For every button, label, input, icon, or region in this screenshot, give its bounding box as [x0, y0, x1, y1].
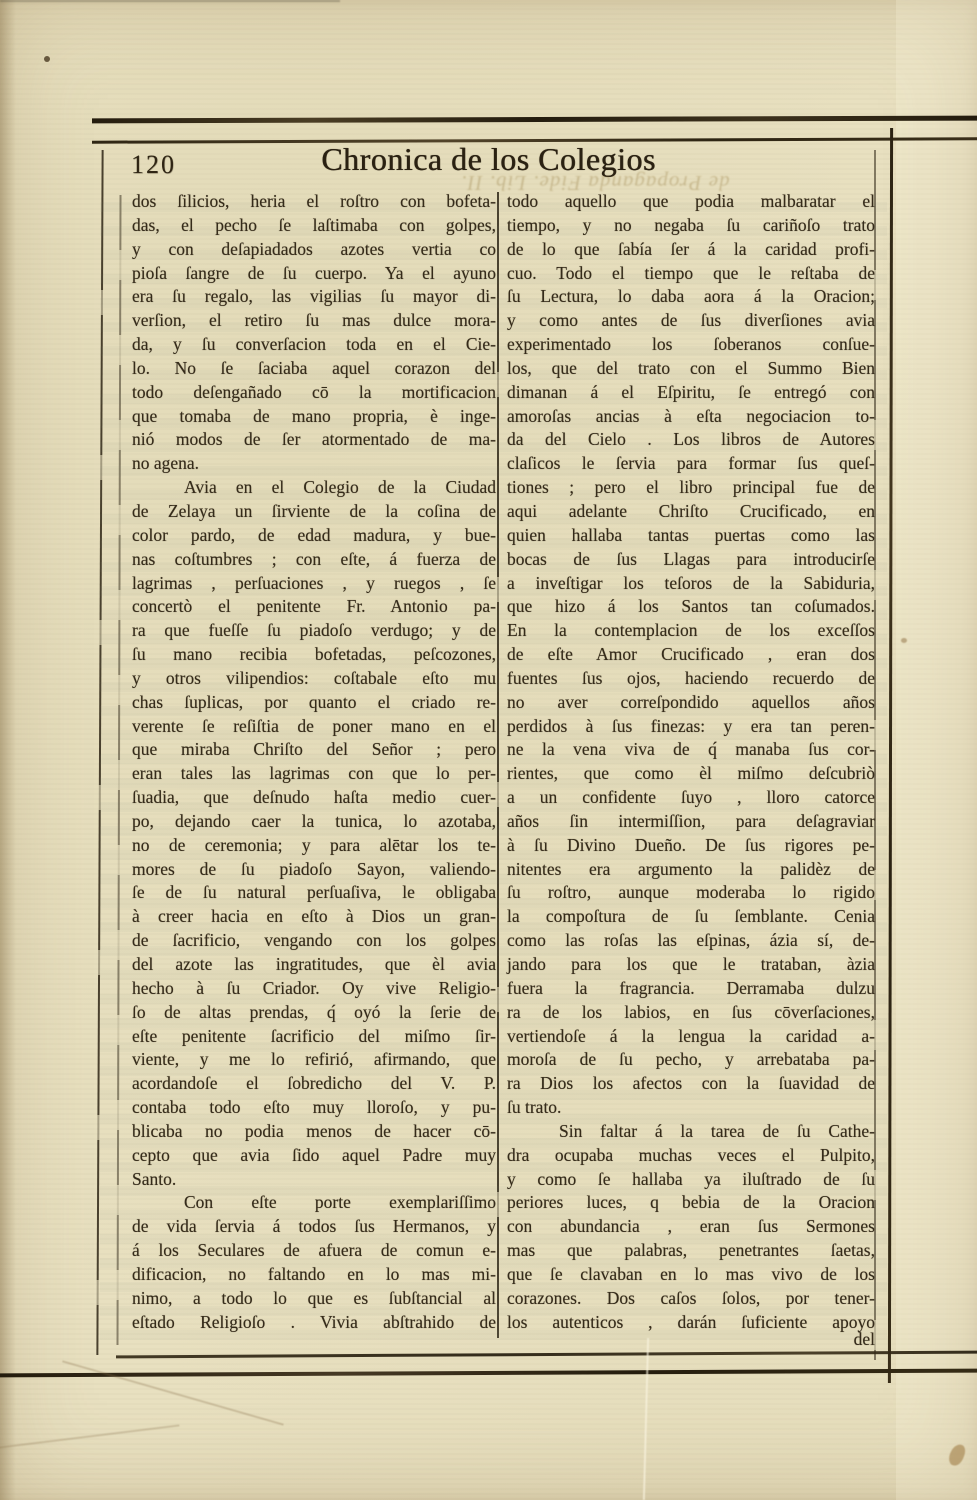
text-line: eſte penitente ſacrificio del miſmo ſir-	[132, 1025, 496, 1049]
text-line: y otros vilipendios: coſtabale eſto mu	[132, 667, 496, 691]
text-line: ſo de altas prendas, q́ oyó la ſerie de	[132, 1001, 496, 1025]
text-line: contaba todo eſto muy lloroſo, y pu-	[132, 1096, 496, 1120]
text-line: con abundancia , eran ſus Sermones	[507, 1215, 875, 1239]
text-line: de vida ſervia á todos ſus Hermanos, y	[132, 1215, 496, 1239]
text-line: de eſte Amor Crucificado , eran dos	[507, 643, 875, 667]
paper-crease-diagonal	[62, 1360, 284, 1425]
text-line: todo aquello que podia malbaratar el	[507, 190, 875, 214]
text-line: a inveſtigar los teſoros de la Sabiduria…	[507, 572, 875, 596]
text-line: cuo. Todo el tiempo que le reſtaba de	[507, 262, 875, 286]
text-line: eran tales las lagrimas con que lo per-	[132, 762, 496, 786]
text-line: dos ſilicios, heria el roſtro con bofeta…	[132, 190, 496, 214]
text-line: á los Seculares de afuera de comun e-	[132, 1239, 496, 1263]
catchword: del	[507, 1329, 881, 1350]
text-line: que ſe clavaban en lo mas vivo de los	[507, 1263, 875, 1287]
text-line: da, y ſu converſacion toda en el Cie-	[132, 333, 496, 357]
paragraph: Sin faltar á la tarea de ſu Cathe-dra oc…	[507, 1120, 875, 1335]
text-line: ſu mano recibia bofetadas, peſcozones,	[132, 643, 496, 667]
text-line: verente ſe reſiſtia de poner mano en el	[132, 715, 496, 739]
text-line: lo. No ſe ſaciaba aquel corazon del	[132, 357, 496, 381]
text-line: como las roſas las eſpinas, ázia sí, de-	[507, 929, 875, 953]
bottom-rule-remnant	[0, 0, 340, 2]
text-line: da del Cielo . Los libros de Autores	[507, 428, 875, 452]
text-line: mas que palabras, penetrantes ſaetas,	[507, 1239, 875, 1263]
text-line: todo deſengañado cō la mortificacion	[132, 381, 496, 405]
text-line: dimanan á el Eſpiritu, ſe entregó con	[507, 381, 875, 405]
text-line: nimo, a todo lo que es ſubſtancial al	[132, 1287, 496, 1311]
text-line: color pardo, de edad madura, y bue-	[132, 524, 496, 548]
text-line: tiempo, y no negaba ſu cariñoſo trato	[507, 214, 875, 238]
text-line: aqui adelante Chriſto Crucificado, en	[507, 500, 875, 524]
text-line: Sin faltar á la tarea de ſu Cathe-	[507, 1120, 875, 1144]
text-line: ſu Lectura, lo daba aora á la Oracion;	[507, 285, 875, 309]
paper-crease-vertical	[643, 1338, 649, 1500]
text-line: concertò el penitente Fr. Antonio pa-	[132, 595, 496, 619]
text-line: los, que del trato con el Summo Bien	[507, 357, 875, 381]
bottom-rule-secondary	[0, 1369, 977, 1378]
text-line: que tomaba de mano propria, è inge-	[132, 405, 496, 429]
text-line: nitentes era argumento la palidèz de	[507, 858, 875, 882]
text-line: que hizo á los Santos tan coſumados.	[507, 595, 875, 619]
text-line: das, el pecho ſe laſtimaba con golpes,	[132, 214, 496, 238]
text-line: fuera la fragrancia. Derramaba dulzu	[507, 977, 875, 1001]
text-line: años ſin intermiſſion, para deſagraviar	[507, 810, 875, 834]
text-line: viente, y me lo refirió, afirmando, que	[132, 1048, 496, 1072]
text-line: hecho à ſu Criador. Oy vive Religio-	[132, 977, 496, 1001]
text-line: jando para los que le trataban, àzia	[507, 953, 875, 977]
text-line: dra ocupaba muchas veces el Pulpito,	[507, 1144, 875, 1168]
text-line: ra que fueſſe ſu piadoſo verdugo; y de	[132, 619, 496, 643]
text-line: Con eſte porte exemplariſſimo	[132, 1191, 496, 1215]
bottom-rule-primary	[116, 1351, 977, 1358]
text-line: ſu trato.	[507, 1096, 875, 1120]
right-margin-paper	[896, 0, 977, 1500]
text-line: y como antes de ſus diverſiones avia	[507, 309, 875, 333]
text-line: acordandoſe el ſobredicho del V. P.	[132, 1072, 496, 1096]
text-line: vertiendoſe á la lengua la caridad a-	[507, 1025, 875, 1049]
text-line: experimentado los ſoberanos conſue-	[507, 333, 875, 357]
text-line: chas ſuplicas, por quanto el criado re-	[132, 691, 496, 715]
text-line: de ſacrificio, vengando con los golpes	[132, 929, 496, 953]
text-line: ſe de ſu natural perſuaſiva, le obligaba	[132, 881, 496, 905]
text-line: pioſa ſangre de ſu cuerpo. Ya el ayuno	[132, 262, 496, 286]
text-column-left: dos ſilicios, heria el roſtro con bofeta…	[132, 190, 496, 1335]
text-line: blicaba no podia menos de hacer cō-	[132, 1120, 496, 1144]
text-line: a un confidente ſuyo , lloro catorce	[507, 786, 875, 810]
left-margin-rule-inner	[116, 195, 121, 1345]
text-line: periores luces, q bebia de la Oracion	[507, 1191, 875, 1215]
text-line: de Zelaya un ſirviente de la coſina de	[132, 500, 496, 524]
text-column-right: todo aquello que podia malbaratar eltiem…	[507, 190, 875, 1335]
paragraph: Avia en el Colegio de la Ciudadde Zelaya…	[132, 476, 496, 1191]
text-line: ſu roſtro, aunque moderaba lo rigido	[507, 881, 875, 905]
text-line: cepto que avia ſido aquel Padre muy	[132, 1144, 496, 1168]
text-line: ra de los labios, en ſus cōverſaciones,	[507, 1001, 875, 1025]
text-line: mores de ſu piadoſo Sayon, valiendo-	[132, 858, 496, 882]
text-line: nas coſtumbres ; con eſte, á fuerza de	[132, 548, 496, 572]
text-line: En la contemplacion de los exceſſos	[507, 619, 875, 643]
text-line: ne la vena viva de q́ manaba ſus cor-	[507, 738, 875, 762]
text-line: à creer hacia en eſto à Dios un gran-	[132, 905, 496, 929]
text-line: ra Dios los afectos con la ſuavidad de	[507, 1072, 875, 1096]
left-margin-rule-outer	[96, 150, 103, 1355]
text-line: lagrimas , perſuaciones , y ruegos , ſe	[132, 572, 496, 596]
text-line: nió modos de ſer atormentado de ma-	[132, 428, 496, 452]
text-line: ſuadia, que deſnudo haſta medio cuer-	[132, 786, 496, 810]
text-line: que miraba Chriſto del Señor ; pero	[132, 738, 496, 762]
text-line: bocas de ſus Llagas para introducirſe	[507, 548, 875, 572]
text-line: amoroſas ancias à eſta negociacion to-	[507, 405, 875, 429]
text-line: Avia en el Colegio de la Ciudad	[132, 476, 496, 500]
text-line: era ſu regalo, las vigilias ſu mayor di-	[132, 285, 496, 309]
text-line: corazones. Dos caſos ſolos, por tener-	[507, 1287, 875, 1311]
text-line: perdidos à ſus finezas: y era tan peren-	[507, 715, 875, 739]
text-line: rientes, que como èl miſmo deſcubriò	[507, 762, 875, 786]
book-page: 120 Chronica de los Colegios de Propagan…	[0, 0, 977, 1500]
top-rule-primary	[92, 116, 977, 124]
text-line: fuentes ſus ojos, haciendo recuerdo de	[507, 667, 875, 691]
text-line: verſion, el retiro ſu mas dulce mora-	[132, 309, 496, 333]
text-line: tiones ; pero el libro principal fue de	[507, 476, 875, 500]
text-line: y con deſapiadados azotes vertia co	[132, 238, 496, 262]
text-line: moroſa de ſu pecho, y arrebataba pa-	[507, 1048, 875, 1072]
text-line: claſicos le ſervia para formar ſus queſ-	[507, 452, 875, 476]
text-line: quien hallaba tantas puertas como las	[507, 524, 875, 548]
ink-spot	[44, 56, 50, 62]
text-line: no de ceremonia; y para alētar los te-	[132, 834, 496, 858]
paper-edge-shade	[0, 0, 16, 1500]
paragraph: todo aquello que podia malbaratar eltiem…	[507, 190, 875, 1120]
foxing-spot	[901, 638, 907, 643]
text-line: eſtado Religioſo . Vivia abſtrahido de	[132, 1311, 496, 1335]
paper-crease-diagonal	[0, 1424, 179, 1449]
column-divider-rule	[497, 192, 499, 1338]
text-line: à ſu Divino Dueño. De ſus rigores pe-	[507, 834, 875, 858]
text-line: no agena.	[132, 452, 496, 476]
text-line: del azote las ingratitudes, que èl avia	[132, 953, 496, 977]
text-line: Santo.	[132, 1168, 496, 1192]
paragraph: Con eſte porte exemplariſſimode vida ſer…	[132, 1191, 496, 1334]
text-line: no aver correſpondido aquellos años	[507, 691, 875, 715]
text-line: y como ſe hallaba ya iluſtrado de ſu	[507, 1168, 875, 1192]
text-line: la compoſtura de ſu ſemblante. Cenia	[507, 905, 875, 929]
text-line: po, dejando caer la tunica, lo azotaba,	[132, 810, 496, 834]
right-margin-rule-outer	[888, 128, 893, 1383]
text-line: de lo que ſabía ſer á la caridad profi-	[507, 238, 875, 262]
paragraph: dos ſilicios, heria el roſtro con bofeta…	[132, 190, 496, 476]
text-line: dificacion, no faltando en lo mas mi-	[132, 1263, 496, 1287]
